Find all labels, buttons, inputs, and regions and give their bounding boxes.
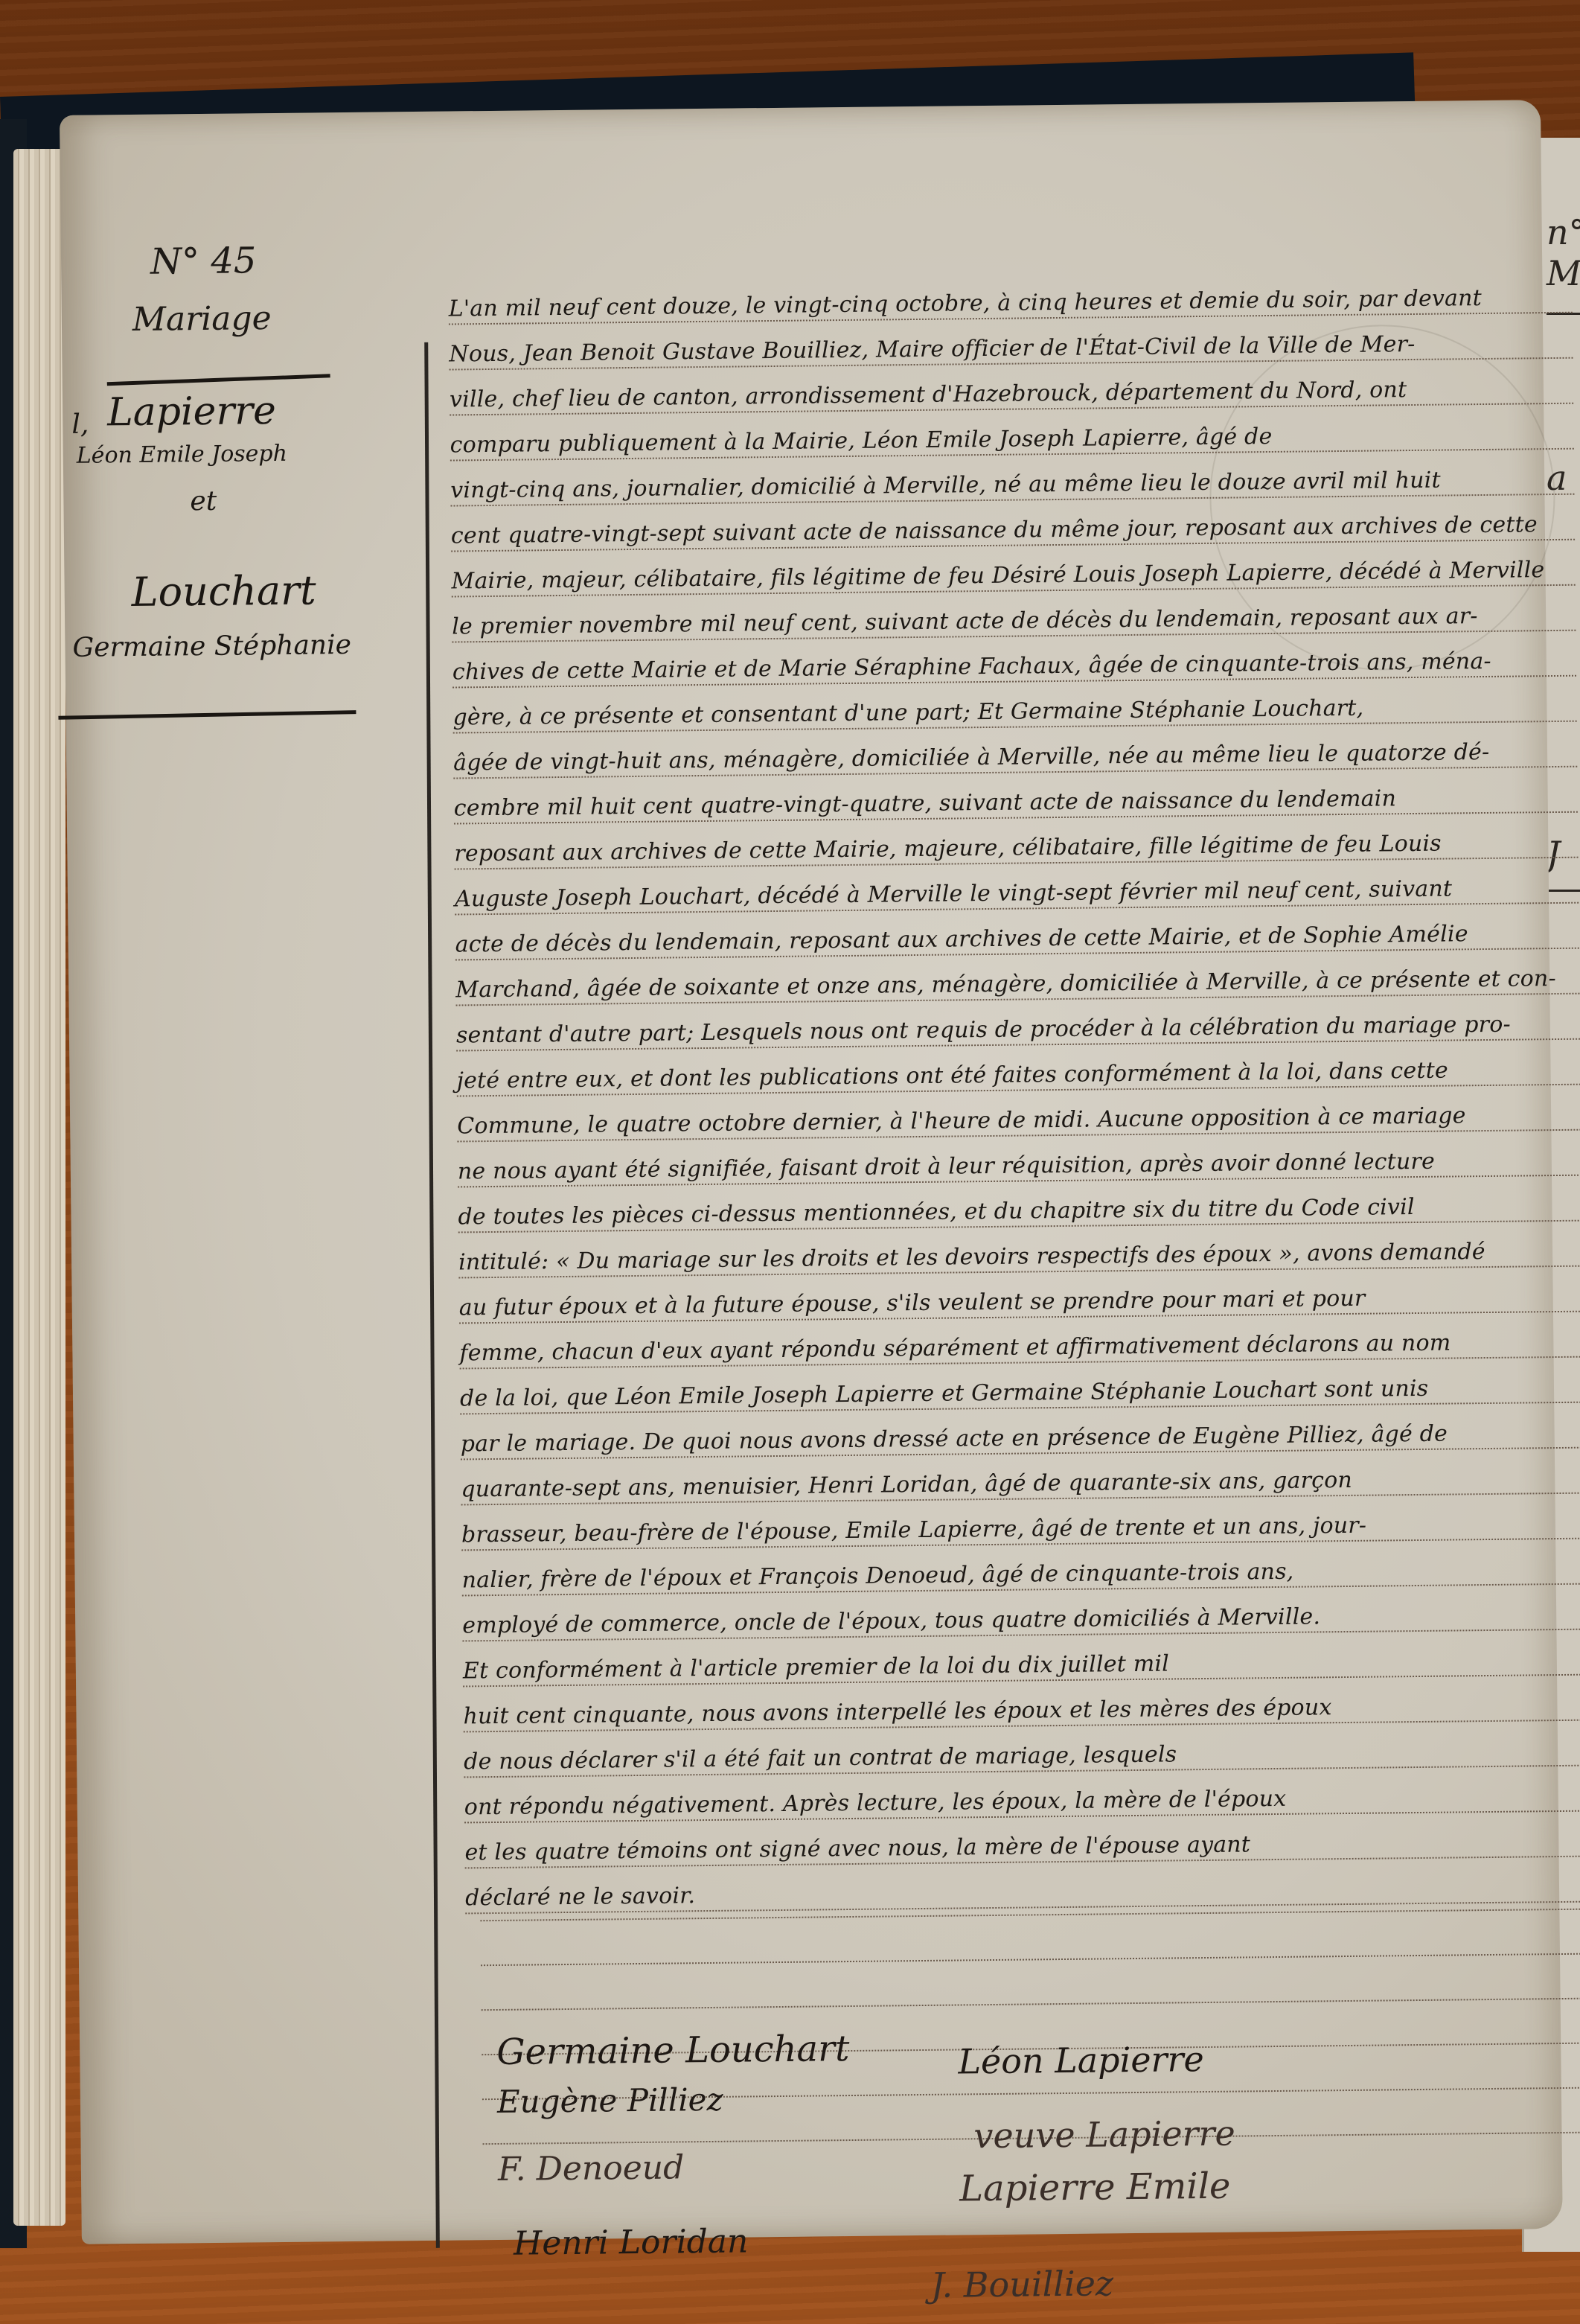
margin-rule-bottom xyxy=(58,710,356,720)
signature-bride: Germaine Louchart xyxy=(496,2028,850,2073)
signature-mayor: J. Bouilliez xyxy=(930,2263,1113,2305)
signature-witness-pilliez: Eugène Pilliez xyxy=(497,2081,723,2120)
register-page: N° 45 Mariage l, Lapierre Léon Emile Jos… xyxy=(60,100,1563,2244)
bride-surname: Louchart xyxy=(131,566,316,616)
blank-ruled-line xyxy=(482,1998,1580,2011)
act-number: N° 45 xyxy=(150,240,257,282)
act-body: L'an mil neuf cent douze, le vingt-cinq … xyxy=(448,272,1580,1919)
blank-ruled-line xyxy=(481,1953,1580,1967)
conjunction-et: et xyxy=(190,486,217,517)
signature-witness-denoeud: F. Denoeud xyxy=(498,2148,685,2189)
act-kind: Mariage xyxy=(132,299,272,339)
groom-surname: Lapierre xyxy=(107,389,276,435)
bride-given-names: Germaine Stéphanie xyxy=(72,630,351,663)
margin-divider-line xyxy=(424,342,440,2248)
groom-given-names: Léon Emile Joseph xyxy=(77,441,288,469)
signature-witness-emile-lapierre: Lapierre Emile xyxy=(959,2165,1231,2210)
groom-prefix: l, xyxy=(71,409,89,440)
signature-witness-loridan: Henri Loridan xyxy=(514,2222,749,2262)
signature-groom: Léon Lapierre xyxy=(958,2039,1204,2081)
facing-page-fragment: n° xyxy=(1547,212,1580,252)
signature-groom-mother: veuve Lapierre xyxy=(973,2113,1235,2157)
page-stack-edges xyxy=(13,149,65,2226)
margin-rule-top xyxy=(107,374,330,386)
